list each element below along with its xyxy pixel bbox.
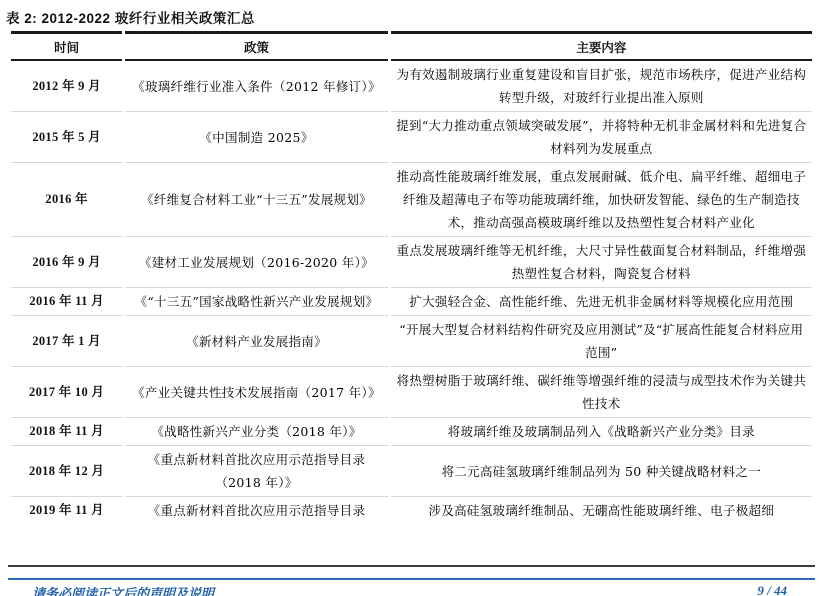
row-policy: 《产业关键共性技术发展指南（2017 年）》: [125, 367, 387, 418]
column-header-time: 时间: [11, 31, 122, 61]
table-title: 表 2: 2012-2022 玻纤行业相关政策汇总: [0, 0, 823, 31]
row-content: 提到“大力推动重点领域突破发展”，并将特种无机非金属材料和先进复合材料列为发展重…: [391, 112, 812, 163]
page-number: 9 / 44: [757, 583, 787, 596]
row-policy: 《战略性新兴产业分类（2018 年）》: [125, 418, 387, 446]
table-row: 2016 年 9 月 《建材工业发展规划（2016-2020 年）》 重点发展玻…: [11, 237, 812, 288]
row-policy: 《中国制造 2025》: [125, 112, 387, 163]
table-row: 2017 年 10 月 《产业关键共性技术发展指南（2017 年）》 将热塑树脂…: [11, 367, 812, 418]
table-row: 2017 年 1 月 《新材料产业发展指南》 “开展大型复合材料结构件研究及应用…: [11, 316, 812, 367]
row-time: 2016 年: [11, 163, 122, 237]
row-content: 将二元高硅氢玻璃纤维制品列为 50 种关键战略材料之一: [391, 446, 812, 497]
table-row: 2012 年 9 月 《玻璃纤维行业准入条件（2012 年修订）》 为有效遏制玻…: [11, 61, 812, 112]
row-policy: 《重点新材料首批次应用示范指导目录（2018 年）》: [125, 446, 387, 497]
row-content: 将热塑树脂于玻璃纤维、碳纤维等增强纤维的浸渍与成型技术作为关键共性技术: [391, 367, 812, 418]
row-content: 重点发展玻璃纤维等无机纤维，大尺寸异性截面复合材料制品，纤维增强热塑性复合材料，…: [391, 237, 812, 288]
policy-table: 时间 政策 主要内容 2012 年 9 月 《玻璃纤维行业准入条件（2012 年…: [8, 31, 815, 567]
row-time: 2018 年 11 月: [11, 418, 122, 446]
row-content: 推动高性能玻璃纤维发展，重点发展耐碱、低介电、扁平纤维、超细电子纤维及超薄电子布…: [391, 163, 812, 237]
row-policy: 《新材料产业发展指南》: [125, 316, 387, 367]
row-time: 2017 年 10 月: [11, 367, 122, 418]
row-time: 2015 年 5 月: [11, 112, 122, 163]
row-time: 2016 年 11 月: [11, 288, 122, 316]
report-page: 表 2: 2012-2022 玻纤行业相关政策汇总 时间 政策 主要内容 201…: [0, 0, 823, 596]
row-content: 扩大强轻合金、高性能纤维、先进无机非金属材料等规模化应用范围: [391, 288, 812, 316]
row-content: 将玻璃纤维及玻璃制品列入《战略新兴产业分类》目录: [391, 418, 812, 446]
row-policy: 《重点新材料首批次应用示范指导目录: [125, 497, 387, 524]
table-row: 2016 年 11 月 《“十三五”国家战略性新兴产业发展规划》 扩大强轻合金、…: [11, 288, 812, 316]
row-time: 2016 年 9 月: [11, 237, 122, 288]
row-content: 涉及高硅氢玻璃纤维制品、无硼高性能玻璃纤维、电子极超细: [391, 497, 812, 524]
page-footer: 请务必阅读正文后的声明及说明 9 / 44: [8, 578, 815, 596]
row-time: 2017 年 1 月: [11, 316, 122, 367]
column-header-policy: 政策: [125, 31, 387, 61]
row-content: “开展大型复合材料结构件研究及应用测试”及“扩展高性能复合材料应用范围”: [391, 316, 812, 367]
row-policy: 《玻璃纤维行业准入条件（2012 年修订）》: [125, 61, 387, 112]
table-row: 2019 年 11 月 《重点新材料首批次应用示范指导目录 涉及高硅氢玻璃纤维制…: [11, 497, 812, 524]
table-row: 2016 年 《纤维复合材料工业“十三五”发展规划》 推动高性能玻璃纤维发展，重…: [11, 163, 812, 237]
row-policy: 《建材工业发展规划（2016-2020 年）》: [125, 237, 387, 288]
row-time: 2012 年 9 月: [11, 61, 122, 112]
row-content: 为有效遏制玻璃行业重复建设和盲目扩张，规范市场秩序，促进产业结构转型升级，对玻纤…: [391, 61, 812, 112]
row-policy: 《“十三五”国家战略性新兴产业发展规划》: [125, 288, 387, 316]
row-policy: 《纤维复合材料工业“十三五”发展规划》: [125, 163, 387, 237]
table-row: 2018 年 12 月 《重点新材料首批次应用示范指导目录（2018 年）》 将…: [11, 446, 812, 497]
table-row: 2018 年 11 月 《战略性新兴产业分类（2018 年）》 将玻璃纤维及玻璃…: [11, 418, 812, 446]
row-time: 2018 年 12 月: [11, 446, 122, 497]
table-header-row: 时间 政策 主要内容: [11, 31, 812, 61]
policy-summary-table: 时间 政策 主要内容 2012 年 9 月 《玻璃纤维行业准入条件（2012 年…: [8, 31, 815, 524]
footer-disclaimer: 请务必阅读正文后的声明及说明: [32, 583, 214, 596]
row-time: 2019 年 11 月: [11, 497, 122, 524]
table-row: 2015 年 5 月 《中国制造 2025》 提到“大力推动重点领域突破发展”，…: [11, 112, 812, 163]
column-header-content: 主要内容: [391, 31, 812, 61]
